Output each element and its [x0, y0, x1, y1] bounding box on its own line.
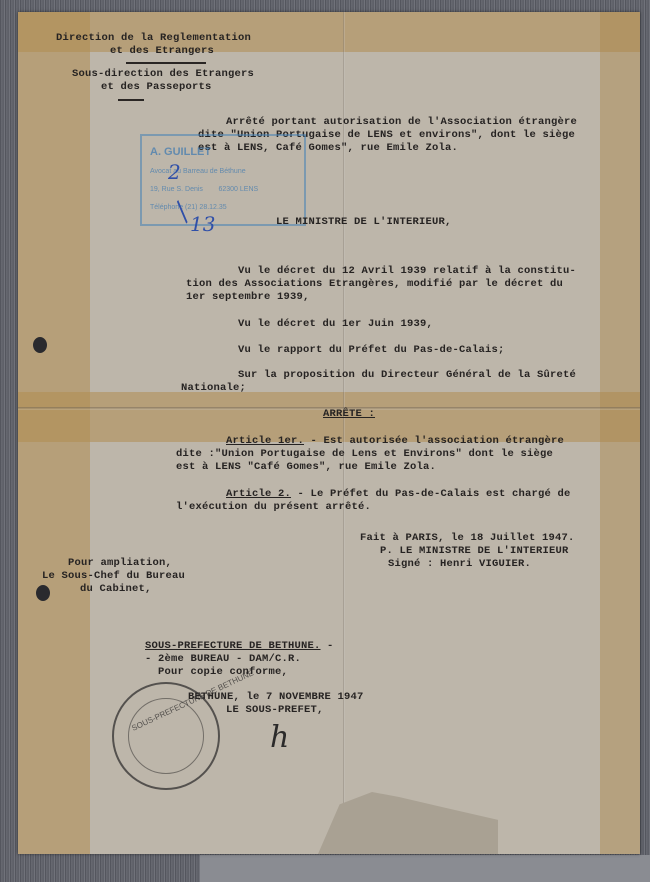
- lawyer-stamp: A. GUILLET Avocat au Barreau de Béthune …: [140, 134, 306, 226]
- sous-prefecture-heading: SOUS-PREFECTURE DE BETHUNE. -: [145, 640, 334, 653]
- consideration-line: Nationale;: [181, 382, 246, 395]
- sous-prefet-title: LE SOUS-PREFET,: [226, 704, 324, 717]
- torn-paper-patch: [318, 792, 498, 854]
- letterhead-line: et des Etrangers: [110, 45, 214, 58]
- punch-hole-icon: [33, 337, 47, 353]
- stamp-line: Avocat au Barreau de Béthune: [150, 168, 246, 175]
- subject-line: Arrêté portant autorisation de l'Associa…: [226, 116, 577, 129]
- heading-suffix: -: [321, 640, 334, 652]
- stamp-name: A. GUILLET: [150, 146, 211, 158]
- article-text: - Le Préfet du Pas-de-Calais est chargé …: [291, 488, 571, 500]
- document-page: Direction de la Reglementation et des Et…: [18, 12, 640, 854]
- article-2: Article 2. - Le Préfet du Pas-de-Calais …: [226, 488, 571, 501]
- handwritten-signature: h: [270, 720, 289, 755]
- consideration-line: Vu le décret du 12 Avril 1939 relatif à …: [238, 265, 576, 278]
- letterhead-line: et des Passeports: [101, 81, 212, 94]
- ampliation-line: du Cabinet,: [80, 583, 152, 596]
- punch-hole-icon: [36, 585, 50, 601]
- decision-heading: ARRÊTE :: [323, 408, 375, 421]
- article-label: Article 1er.: [226, 435, 304, 447]
- letterhead-line: Direction de la Reglementation: [56, 32, 251, 45]
- article-text: - Est autorisée l'association étrangère: [304, 435, 564, 447]
- ampliation-line: Le Sous-Chef du Bureau: [42, 570, 185, 583]
- sous-prefecture-title: SOUS-PREFECTURE DE BETHUNE.: [145, 640, 321, 652]
- article-label: Article 2.: [226, 488, 291, 500]
- handwritten-number: 13: [190, 212, 215, 236]
- consideration-line: Sur la proposition du Directeur Général …: [238, 369, 576, 382]
- divider: [118, 99, 144, 101]
- signature-line: Fait à PARIS, le 18 Juillet 1947.: [360, 532, 575, 545]
- handwritten-number: 2: [168, 160, 181, 184]
- authority-title: LE MINISTRE DE L'INTERIEUR,: [276, 216, 452, 229]
- copy-line: Pour copie conforme,: [158, 666, 288, 679]
- tape-strip-right: [600, 12, 640, 854]
- consideration-line: Vu le décret du 1er Juin 1939,: [238, 318, 433, 331]
- divider: [126, 62, 206, 64]
- background-surface: [200, 855, 650, 882]
- stamp-line: 19, Rue S. Denis 62300 LENS: [150, 186, 258, 193]
- ampliation-line: Pour ampliation,: [68, 557, 172, 570]
- article-line: l'exécution du présent arrêté.: [176, 501, 371, 514]
- signature-line: Signé : Henri VIGUIER.: [388, 558, 531, 571]
- consideration-line: 1er septembre 1939,: [186, 291, 310, 304]
- signature-line: P. LE MINISTRE DE L'INTERIEUR: [380, 545, 569, 558]
- consideration-line: Vu le rapport du Préfet du Pas-de-Calais…: [238, 344, 505, 357]
- stamp-line: Téléphone (21) 28.12.35: [150, 204, 227, 211]
- bureau-line: - 2ème BUREAU - DAM/C.R.: [145, 653, 301, 666]
- article-line: est à LENS "Café Gomes", rue Emile Zola.: [176, 461, 436, 474]
- consideration-line: tion des Associations Etrangères, modifi…: [186, 278, 563, 291]
- article-1: Article 1er. - Est autorisée l'associati…: [226, 435, 564, 448]
- article-line: dite :"Union Portugaise de Lens et Envir…: [176, 448, 553, 461]
- letterhead-line: Sous-direction des Etrangers: [72, 68, 254, 81]
